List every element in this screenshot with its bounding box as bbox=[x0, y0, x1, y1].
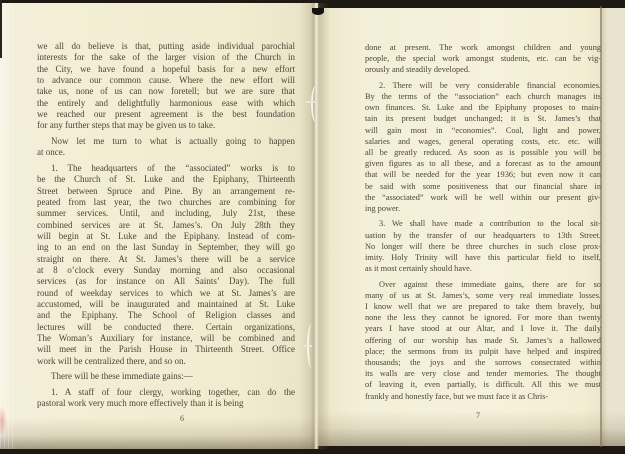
right-page-number: 7 bbox=[476, 411, 480, 420]
text-line: By the terms of the “association” each c… bbox=[365, 91, 601, 102]
text-line: will meet in the Parish House in Thirtee… bbox=[37, 344, 295, 355]
text-line: will begin at St. Luke and the Epiphany.… bbox=[37, 231, 295, 242]
stitch-thread-icon bbox=[306, 101, 315, 103]
text-line: that will be needed for the year 1936; b… bbox=[365, 169, 601, 180]
text-line: Now let me turn to what is actually goin… bbox=[37, 136, 295, 147]
text-line: imity. Holy Trinity will have this parti… bbox=[365, 252, 601, 263]
paragraph: we all do believe is that, putting aside… bbox=[37, 41, 295, 132]
text-line: given figures as to all these, and a for… bbox=[365, 158, 601, 169]
text-line: 1. The headquarters of the “associated” … bbox=[37, 163, 295, 174]
text-line: many of us at St. James’s, some very rea… bbox=[365, 290, 601, 301]
stitch-thread-icon bbox=[303, 345, 312, 347]
text-line: will gain most in “economies”. Coal, lig… bbox=[365, 125, 601, 136]
text-line: ing to an end on the last Sunday in Sept… bbox=[37, 242, 295, 253]
paragraph: 1. The headquarters of the “associated” … bbox=[37, 163, 295, 367]
pink-smudge bbox=[0, 406, 7, 436]
text-line: There will be these immediate gains:— bbox=[37, 371, 295, 382]
text-line: 2. There will be very considerable finan… bbox=[365, 80, 601, 91]
text-line: summer services. Until, and including, J… bbox=[37, 208, 295, 219]
text-line: peated from last year, the two churches … bbox=[37, 197, 295, 208]
text-line: No longer will there be three churches i… bbox=[365, 241, 601, 252]
cover-edge-sliver bbox=[0, 0, 2, 58]
text-line: accustomed, will be inaugurated and main… bbox=[37, 299, 295, 310]
text-line: people, the special work amongst student… bbox=[365, 53, 601, 64]
text-line: we reached our present agreement is the … bbox=[37, 109, 295, 120]
text-line: The Woman’s Auxiliary for instance, will… bbox=[37, 333, 295, 344]
text-line: own finances. St. Luke and the Epiphany … bbox=[365, 102, 601, 113]
text-line: to advance our common cause. Where the n… bbox=[37, 75, 295, 86]
text-line: work will be centralized there, and so o… bbox=[37, 356, 295, 367]
gutter-shadow bbox=[298, 3, 338, 449]
text-line: combined services are at St. James’s. On… bbox=[37, 220, 295, 231]
book-spread-photo: we all do believe is that, putting aside… bbox=[0, 0, 625, 454]
text-line: lectures will be conducted there. Certai… bbox=[37, 322, 295, 333]
text-line: Over against these immediate gains, ther… bbox=[365, 279, 601, 290]
text-line: pastoral work very much more effectively… bbox=[37, 398, 295, 409]
text-line: for any further steps that may be given … bbox=[37, 120, 295, 131]
paragraph: 1. A staff of four clergy, working toget… bbox=[37, 387, 295, 410]
text-line: uation by the transfer of our headquarte… bbox=[365, 230, 601, 241]
text-line: at once. bbox=[37, 147, 295, 158]
text-line: services (as for instance on All Saints’… bbox=[37, 276, 295, 287]
text-line: place; the sermons from its pulpit have … bbox=[365, 346, 601, 357]
text-line: salaries and wages, general operating co… bbox=[365, 136, 601, 147]
paragraph: 3. We shall have made a contribution to … bbox=[365, 218, 601, 274]
text-line: round of weekday services to which we at… bbox=[37, 288, 295, 299]
left-page-text: we all do believe is that, putting aside… bbox=[37, 41, 295, 409]
text-line: interests for the sake of the larger vis… bbox=[37, 52, 295, 63]
text-line: the City, we have found a hopeful basis … bbox=[37, 64, 295, 75]
text-line: orously and steadily developed. bbox=[365, 64, 601, 75]
paragraph: There will be these immediate gains:— bbox=[37, 371, 295, 382]
text-line: the “associated” work will be well withi… bbox=[365, 192, 601, 203]
paragraph: done at present. The work amongst childr… bbox=[365, 42, 601, 76]
text-line: at 8 o’clock every Sunday morning and al… bbox=[37, 265, 295, 276]
text-line: be said with some positiveness that our … bbox=[365, 181, 601, 192]
right-page-text: done at present. The work amongst childr… bbox=[365, 42, 601, 402]
paragraph: Over against these immediate gains, ther… bbox=[365, 279, 601, 402]
left-page: we all do believe is that, putting aside… bbox=[0, 3, 318, 449]
text-line: as it most certainly should have. bbox=[365, 263, 601, 274]
text-line: and the Epiphany. The School of Religion… bbox=[37, 310, 295, 321]
page-fore-edge-left bbox=[0, 3, 16, 449]
text-line: thousands; the joys and the sorrows cons… bbox=[365, 357, 601, 368]
stitch-thread-icon bbox=[311, 86, 320, 122]
text-line: the entirely and delightfully harmonious… bbox=[37, 98, 295, 109]
text-line: Street between Spruce and Pine. By an ar… bbox=[37, 186, 295, 197]
page-fore-edge-right bbox=[600, 6, 602, 447]
text-line: straight on there. At St. James’s there … bbox=[37, 254, 295, 265]
paragraph: Now let me turn to what is actually goin… bbox=[37, 136, 295, 159]
text-line: done at present. The work amongst childr… bbox=[365, 42, 601, 53]
text-line: take us, none of us can now foretell; bu… bbox=[37, 86, 295, 97]
text-line: offering of our worship has made St. Jam… bbox=[365, 335, 601, 346]
text-line: ing power. bbox=[365, 203, 601, 214]
text-line: none the less they cannot be ignored. Fo… bbox=[365, 312, 601, 323]
text-line: of leaving it, even partially, is diffic… bbox=[365, 379, 601, 390]
text-line: 1. A staff of four clergy, working toget… bbox=[37, 387, 295, 398]
text-line: 3. We shall have made a contribution to … bbox=[365, 218, 601, 229]
text-line: we all do believe is that, putting aside… bbox=[37, 41, 295, 52]
paragraph: 2. There will be very considerable finan… bbox=[365, 80, 601, 214]
text-line: tain its present budget unchanged; it is… bbox=[365, 113, 601, 124]
text-line: years I have stood at our Altar, and I l… bbox=[365, 323, 601, 334]
right-page: done at present. The work amongst childr… bbox=[318, 8, 625, 446]
text-line: frankly and honestly face, but we must f… bbox=[365, 391, 601, 402]
gutter-top-notch bbox=[312, 8, 324, 15]
text-line: I know well that we are prepared to take… bbox=[365, 301, 601, 312]
text-line: be the Church of St. Luke and the Epipha… bbox=[37, 174, 295, 185]
text-line: all be greatly reduced. As soon as is po… bbox=[365, 147, 601, 158]
left-page-number: 6 bbox=[180, 414, 184, 423]
text-line: its walls are very close and tender memo… bbox=[365, 368, 601, 379]
